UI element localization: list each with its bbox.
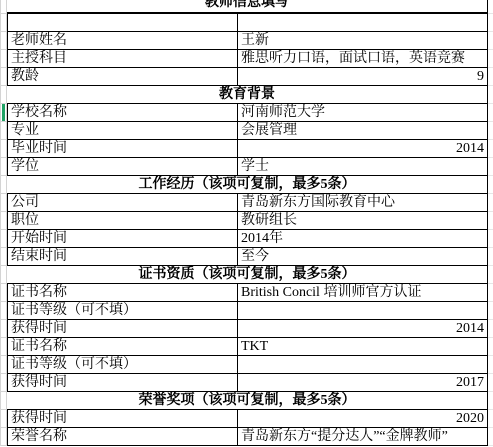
table-row: 公司青岛新东方国际教育中心	[0, 194, 493, 212]
row-gutter	[0, 32, 7, 50]
cell-value[interactable]: 2014年	[237, 230, 487, 247]
cell-value[interactable]: 教研组长	[237, 212, 487, 229]
right-sliver	[488, 248, 493, 266]
row-cells: 荣誉名称青岛新东方“提分达人”“金牌教师”	[7, 428, 488, 446]
row-gutter	[0, 0, 7, 14]
table-row: 学位学士	[0, 158, 493, 176]
row-gutter	[0, 194, 7, 212]
right-sliver	[488, 32, 493, 50]
cell-label[interactable]: 获得时间	[7, 374, 237, 391]
right-sliver	[488, 0, 493, 14]
right-sliver	[488, 212, 493, 230]
cell-value[interactable]: British Concil 培训师官方认证	[237, 284, 487, 301]
right-sliver	[488, 122, 493, 140]
row-cells: 获得时间2014	[7, 320, 488, 338]
cell-value[interactable]: 雅思听力口语，面试口语，英语竞赛	[237, 50, 487, 67]
table-row: 专业会展管理	[0, 122, 493, 140]
row-gutter	[0, 140, 7, 158]
cell-label[interactable]: 专业	[7, 122, 237, 139]
cell-value[interactable]: 学士	[237, 158, 487, 175]
row-gutter	[0, 320, 7, 338]
row-gutter	[0, 284, 7, 302]
cell-value[interactable]	[237, 14, 487, 31]
cell-value[interactable]: 青岛新东方“提分达人”“金牌教师”	[237, 428, 487, 445]
row-cells: 老师姓名王新	[7, 32, 488, 50]
row-gutter	[0, 86, 7, 104]
row-cells: 毕业时间2014	[7, 140, 488, 158]
cell-label[interactable]: 证书名称	[7, 338, 237, 355]
cell-value[interactable]: 2014	[237, 140, 487, 157]
row-gutter	[0, 158, 7, 176]
row-gutter	[0, 50, 7, 68]
cell-value[interactable]: 王新	[237, 32, 487, 49]
row-cells: 结束时间至今	[7, 248, 488, 266]
cell-label[interactable]: 教龄	[7, 68, 237, 85]
table-row: 获得时间2020	[0, 410, 493, 428]
sheet-rows: 教师信息填写老师姓名王新主授科目雅思听力口语，面试口语，英语竞赛教龄9教育背景学…	[0, 0, 493, 446]
row-gutter	[0, 248, 7, 266]
row-gutter	[0, 14, 7, 32]
row-cells: 获得时间2017	[7, 374, 488, 392]
right-sliver	[488, 266, 493, 284]
cell-label[interactable]: 主授科目	[7, 50, 237, 67]
right-sliver	[488, 428, 493, 446]
row-gutter	[0, 338, 7, 356]
cell-label[interactable]: 获得时间	[7, 410, 237, 427]
row-cells: 教育背景	[7, 86, 488, 104]
cell-label[interactable]: 学校名称	[7, 104, 237, 121]
row-cells: 职位教研组长	[7, 212, 488, 230]
cell-value[interactable]: 2014	[237, 320, 487, 337]
row-gutter	[0, 392, 7, 410]
section-header[interactable]: 教育背景	[7, 86, 487, 103]
table-row: 开始时间2014年	[0, 230, 493, 248]
right-sliver	[488, 410, 493, 428]
row-cells: 荣誉奖项（该项可复制，最多5条）	[7, 392, 488, 410]
cell-label[interactable]: 毕业时间	[7, 140, 237, 157]
right-sliver	[488, 284, 493, 302]
section-row: 教育背景	[0, 86, 493, 104]
row-gutter	[0, 104, 7, 122]
right-sliver	[488, 14, 493, 32]
right-sliver	[488, 158, 493, 176]
right-sliver	[488, 176, 493, 194]
right-sliver	[488, 392, 493, 410]
row-cells: 证书名称British Concil 培训师官方认证	[7, 284, 488, 302]
table-row: 职位教研组长	[0, 212, 493, 230]
right-sliver	[488, 374, 493, 392]
right-sliver	[488, 68, 493, 86]
cell-value[interactable]: 9	[237, 68, 487, 85]
spreadsheet: 教师信息填写老师姓名王新主授科目雅思听力口语，面试口语，英语竞赛教龄9教育背景学…	[0, 0, 493, 447]
row-gutter	[0, 230, 7, 248]
row-gutter	[0, 374, 7, 392]
table-row: 结束时间至今	[0, 248, 493, 266]
right-sliver	[488, 194, 493, 212]
table-row: 教龄9	[0, 68, 493, 86]
table-row: 毕业时间2014	[0, 140, 493, 158]
cell-value[interactable]: 2017	[237, 374, 487, 391]
table-row: 证书名称British Concil 培训师官方认证	[0, 284, 493, 302]
cell-label[interactable]: 开始时间	[7, 230, 237, 247]
cell-label[interactable]: 证书名称	[7, 284, 237, 301]
section-header[interactable]: 荣誉奖项（该项可复制，最多5条）	[7, 392, 487, 409]
row-gutter	[0, 212, 7, 230]
row-gutter	[0, 122, 7, 140]
table-row	[0, 14, 493, 32]
row-gutter	[0, 266, 7, 284]
cell-label[interactable]: 老师姓名	[7, 32, 237, 49]
row-cells: 公司青岛新东方国际教育中心	[7, 194, 488, 212]
right-sliver	[488, 338, 493, 356]
cell-value[interactable]	[237, 302, 487, 319]
row-cells: 证书资质（该项可复制，最多5条）	[7, 266, 488, 284]
table-row: 证书等级（可不填）	[0, 302, 493, 320]
title-row: 教师信息填写	[0, 0, 493, 14]
section-row: 荣誉奖项（该项可复制，最多5条）	[0, 392, 493, 410]
section-row: 工作经历（该项可复制，最多5条）	[0, 176, 493, 194]
section-header[interactable]: 证书资质（该项可复制，最多5条）	[7, 266, 487, 283]
right-sliver	[488, 86, 493, 104]
cell-value[interactable]: 2020	[237, 410, 487, 427]
cell-label[interactable]	[7, 14, 237, 31]
cell-label[interactable]: 证书等级（可不填）	[7, 356, 237, 373]
table-row: 老师姓名王新	[0, 32, 493, 50]
cell-value[interactable]	[237, 356, 487, 373]
cell-value[interactable]: TKT	[237, 338, 487, 355]
cell-value[interactable]: 至今	[237, 248, 487, 265]
row-cells: 获得时间2020	[7, 410, 488, 428]
row-gutter	[0, 68, 7, 86]
cell-label[interactable]: 职位	[7, 212, 237, 229]
row-cells: 证书名称TKT	[7, 338, 488, 356]
right-sliver	[488, 50, 493, 68]
right-sliver	[488, 104, 493, 122]
row-gutter	[0, 428, 7, 446]
row-cells: 主授科目雅思听力口语，面试口语，英语竞赛	[7, 50, 488, 68]
right-sliver	[488, 356, 493, 374]
table-row: 荣誉名称青岛新东方“提分达人”“金牌教师”	[0, 428, 493, 446]
row-cells: 学校名称河南师范大学	[7, 104, 488, 122]
cell-label[interactable]: 结束时间	[7, 248, 237, 265]
table-row: 证书名称TKT	[0, 338, 493, 356]
row-cells: 教师信息填写	[7, 0, 488, 14]
cell-label[interactable]: 公司	[7, 194, 237, 211]
table-row: 学校名称河南师范大学	[0, 104, 493, 122]
cell-label[interactable]: 荣誉名称	[7, 428, 237, 445]
row-cells: 开始时间2014年	[7, 230, 488, 248]
table-row: 获得时间2017	[0, 374, 493, 392]
row-gutter	[0, 302, 7, 320]
row-gutter	[0, 176, 7, 194]
row-cells: 证书等级（可不填）	[7, 356, 488, 374]
table-row: 获得时间2014	[0, 320, 493, 338]
cell-value[interactable]: 青岛新东方国际教育中心	[237, 194, 487, 211]
right-sliver	[488, 140, 493, 158]
row-cells	[7, 14, 488, 32]
cell-value[interactable]: 会展管理	[237, 122, 487, 139]
section-header[interactable]: 工作经历（该项可复制，最多5条）	[7, 176, 487, 193]
selection-indicator	[2, 104, 5, 121]
cell-label[interactable]: 证书等级（可不填）	[7, 302, 237, 319]
row-cells: 工作经历（该项可复制，最多5条）	[7, 176, 488, 194]
row-gutter	[0, 410, 7, 428]
table-row: 证书等级（可不填）	[0, 356, 493, 374]
cell-label[interactable]: 学位	[7, 158, 237, 175]
row-cells: 学位学士	[7, 158, 488, 176]
row-cells: 教龄9	[7, 68, 488, 86]
right-sliver	[488, 302, 493, 320]
right-sliver	[488, 320, 493, 338]
table-row: 主授科目雅思听力口语，面试口语，英语竞赛	[0, 50, 493, 68]
cell-label[interactable]: 获得时间	[7, 320, 237, 337]
sheet-title[interactable]: 教师信息填写	[7, 0, 487, 12]
row-cells: 证书等级（可不填）	[7, 302, 488, 320]
right-sliver	[488, 230, 493, 248]
cell-value[interactable]: 河南师范大学	[237, 104, 487, 121]
row-cells: 专业会展管理	[7, 122, 488, 140]
row-gutter	[0, 356, 7, 374]
section-row: 证书资质（该项可复制，最多5条）	[0, 266, 493, 284]
